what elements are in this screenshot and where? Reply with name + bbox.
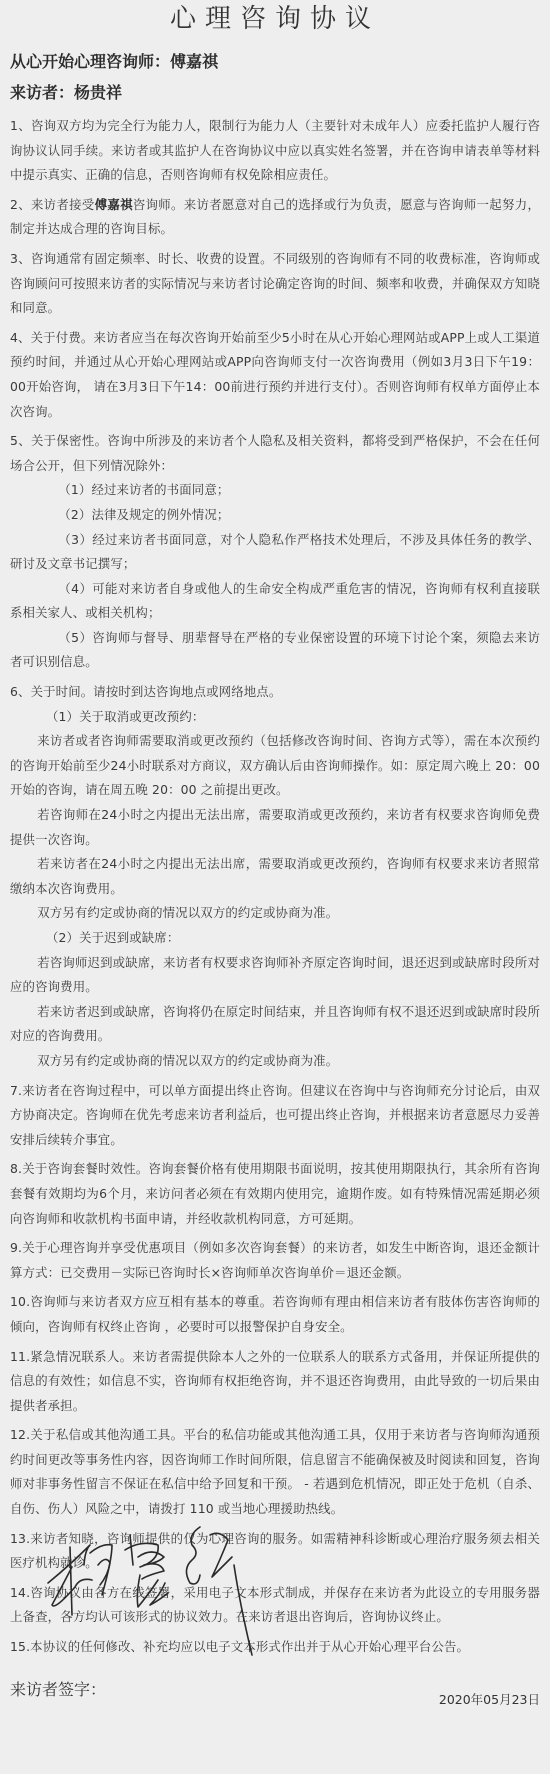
clause-2-prefix: 2、来访者接受 — [10, 197, 95, 212]
clause-6: 6、关于时间。请按时到达咨询地点或网络地点。 — [10, 680, 540, 705]
visitor-line: 来访者：杨贵祥 — [10, 77, 540, 108]
clause-6-sub2-para-3: 双方另有约定或协商的情况以双方的约定或协商为准。 — [10, 1049, 540, 1074]
visitor-label: 来访者： — [10, 83, 74, 102]
visitor-name: 杨贵祥 — [74, 83, 122, 102]
clause-5: 5、关于保密性。咨询中所涉及的来访者个人隐私及相关资料，都将受到严格保护，不会在… — [10, 429, 540, 478]
clause-2-consultant-name: 傅嘉祺 — [95, 197, 133, 212]
document-title: 心理咨询协议 — [0, 0, 550, 40]
clause-5-item-5: （5）咨询师与督导、朋辈督导在严格的专业保密设置的环境下讨论个案，须隐去来访者可… — [10, 626, 540, 675]
clause-5-item-2: （2）法律及规定的例外情况； — [10, 503, 540, 528]
clause-5-item-3: （3）经过来访者书面同意，对个人隐私作严格技术处理后，不涉及具体任务的教学、研讨… — [10, 528, 540, 577]
clause-6-sub2-title: （2）关于迟到或缺席： — [10, 926, 540, 951]
clause-2: 2、来访者接受傅嘉祺咨询师。来访者愿意对自己的选择或行为负责，愿意与咨询师一起努… — [10, 193, 540, 242]
clause-5-item-4: （4）可能对来访者自身或他人的生命安全构成严重危害的情况，咨询师有权利直接联系相… — [10, 577, 540, 626]
clause-8: 8.关于咨询套餐时效性。咨询套餐价格有使用期限书面说明，按其使用期限执行，其余所… — [10, 1157, 540, 1231]
clause-1: 1、咨询双方均为完全行为能力人，限制行为能力人（主要针对未成年人）应委托监护人履… — [10, 114, 540, 188]
clause-3: 3、咨询通常有固定频率、时长、收费的设置。不同级别的咨询师有不同的收费标准，咨询… — [10, 247, 540, 321]
agreement-page: 心理咨询协议 从心开始心理咨询师：傅嘉祺 来访者：杨贵祥 1、咨询双方均为完全行… — [0, 0, 550, 1774]
clause-6-sub2-para-1: 若咨询师迟到或缺席，来访者有权要求咨询师补齐原定咨询时间，退还迟到或缺席时段所对… — [10, 951, 540, 1000]
clause-7: 7.来访者在咨询过程中，可以单方面提出终止咨询。但建议在咨询中与咨询师充分讨论后… — [10, 1079, 540, 1153]
clause-6-sub1-para-2: 若咨询师在24小时之内提出无法出席，需要取消或更改预约，来访者有权要求咨询师免费… — [10, 803, 540, 852]
clause-11: 11.紧急情况联系人。来访者需提供除本人之外的一位联系人的联系方式备用，并保证所… — [10, 1345, 540, 1419]
clause-6-sub1-title: （1）关于取消或更改预约： — [10, 705, 540, 730]
consultant-name: 傅嘉祺 — [170, 52, 218, 71]
clause-5-item-1: （1）经过来访者的书面同意； — [10, 478, 540, 503]
clause-9: 9.关于心理咨询并享受优惠项目（例如多次咨询套餐）的来访者，如发生中断咨询，退还… — [10, 1236, 540, 1285]
clause-6-sub1-para-3: 若来访者在24小时之内提出无法出席，需要取消或更改预约，咨询师有权要求来访者照常… — [10, 852, 540, 901]
clause-6-sub1-para-1: 来访者或者咨询师需要取消或更改预约（包括修改咨询时间、咨询方式等），需在本次预约… — [10, 729, 540, 803]
handwritten-signature — [40, 1505, 280, 1665]
signature-date: 2020年05月23日 — [439, 1690, 540, 1708]
clause-6-sub1-para-4: 双方另有约定或协商的情况以双方的约定或协商为准。 — [10, 901, 540, 926]
agreement-clauses: 1、咨询双方均为完全行为能力人，限制行为能力人（主要针对未成年人）应委托监护人履… — [0, 114, 550, 1660]
clause-6-sub2-para-2: 若来访者迟到或缺席，咨询将仍在原定时间结束，并且咨询师有权不退还迟到或缺席时段所… — [10, 1000, 540, 1049]
consultant-line: 从心开始心理咨询师：傅嘉祺 — [10, 46, 540, 77]
consultant-label: 从心开始心理咨询师： — [10, 52, 170, 71]
clause-4: 4、关于付费。来访者应当在每次咨询开始前至少5小时在从心开始心理网站或APP上或… — [10, 326, 540, 424]
clause-10: 10.咨询师与来访者双方应互相有基本的尊重。若咨询师有理由相信来访者有肢体伤害咨… — [10, 1290, 540, 1339]
